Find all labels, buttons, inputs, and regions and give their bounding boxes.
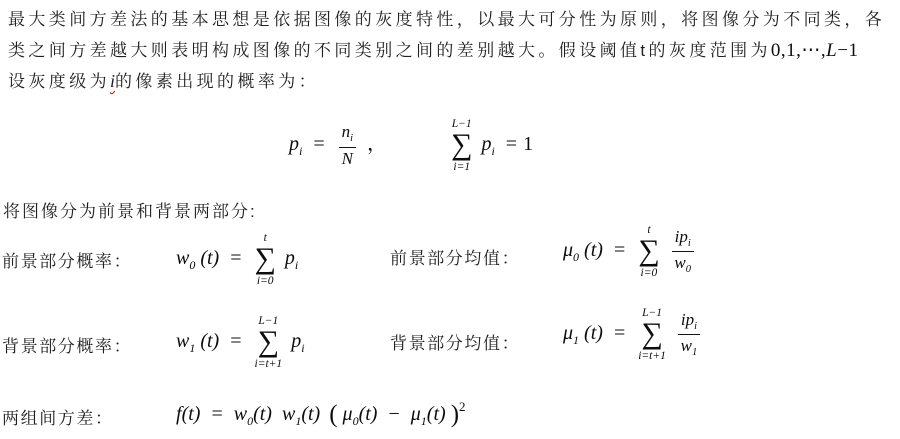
sub-i: i: [491, 144, 494, 158]
sub-1: 1: [692, 347, 697, 358]
foreground-probability-label: 前景部分概率：: [2, 247, 132, 272]
summation: L−1∑i=t+1: [638, 306, 666, 363]
var-mu: μ: [343, 403, 353, 425]
gray-range-expression: 0,1,⋯,L−1: [771, 40, 859, 61]
summation: t∑i=0: [638, 223, 659, 280]
var-w: w: [674, 253, 685, 272]
var-p: p: [481, 133, 491, 155]
paragraph-line-1: 最大类间方差法的基本思想是依据图像的灰度特性，以最大可分性为原则，将图像分为不同…: [8, 4, 896, 35]
sigma-symbol: ∑: [451, 131, 472, 160]
paragraph-line-2: 类之间方差越大则表明构成图像的不同类别之间的差别越大。假设阈值t的灰度范围为0,…: [8, 35, 896, 66]
sub-i: i: [301, 341, 304, 355]
arg-t: (t): [301, 403, 320, 425]
sub-0: 0: [189, 258, 195, 272]
sub-1: 1: [573, 333, 579, 347]
exponent-2: 2: [459, 399, 466, 414]
sum-lower-limit: i=0: [641, 266, 658, 280]
range-digits: 0,1,⋯,: [771, 40, 826, 61]
sigma-symbol: ∑: [641, 320, 662, 349]
foreground-mean-label: 前景部分均值：: [390, 244, 520, 269]
fraction-numerator: ipi: [678, 310, 700, 336]
equals-sign: =: [211, 403, 222, 425]
sub-i: i: [350, 133, 353, 144]
sub-i: i: [299, 144, 302, 158]
background-probability-label: 背景部分概率：: [2, 332, 132, 357]
summation: L−1∑i=1: [451, 117, 472, 174]
summation: t∑i=0: [255, 231, 276, 288]
equals-sign: =: [230, 330, 241, 352]
sum-lower-limit: i=t+1: [638, 349, 666, 363]
value-one: 1: [523, 133, 533, 155]
arg-t: (t): [182, 403, 201, 425]
paragraph-line-1-text: 最大类间方差法的基本思想是依据图像的灰度特性，以最大可分性为原则，将图像分为不同…: [8, 10, 885, 29]
equals-sign: =: [230, 247, 241, 269]
paragraph-line-3: 设灰度级为i的像素出现的概率为：: [8, 66, 896, 97]
document-page: 最大类间方差法的基本思想是依据图像的灰度特性，以最大可分性为原则，将图像分为不同…: [0, 0, 900, 439]
minus-sign: −: [388, 403, 399, 425]
summation: L−1∑i=t+1: [255, 314, 283, 371]
var-p: p: [285, 247, 295, 269]
fraction-denominator: w0: [674, 252, 691, 277]
var-ip: ip: [675, 227, 688, 246]
sub-1: 1: [189, 341, 195, 355]
fraction-numerator: ni: [339, 122, 356, 148]
paragraph-line-3-pre: 设灰度级为: [8, 72, 110, 91]
equals-sign: =: [614, 322, 625, 344]
formula-w0: w0 (t) = t∑i=0 pi: [176, 231, 298, 288]
fraction-denominator: w1: [681, 335, 698, 360]
arg-t: (t): [427, 403, 446, 425]
sigma-symbol: ∑: [258, 328, 279, 357]
fraction-denominator: N: [342, 148, 353, 169]
fraction-numerator: ipi: [672, 227, 694, 253]
var-w: w: [282, 403, 295, 425]
var-p: p: [291, 330, 301, 352]
split-sentence: 将图像分为前景和背景两部分:: [3, 197, 257, 222]
arg-t: (t): [200, 330, 219, 352]
formula-pixel-probability: pi = niN ， L−1∑i=1 pi =1: [289, 117, 533, 174]
formula-mu1: μ1 (t) = L−1∑i=t+1 ipiw1: [563, 306, 703, 363]
close-paren: ): [451, 401, 459, 428]
equals-sign: =: [506, 133, 517, 155]
sum-lower-limit: i=t+1: [255, 357, 283, 371]
sigma-symbol: ∑: [638, 237, 659, 266]
formula-mu0: μ0 (t) = t∑i=0 ipiw0: [563, 223, 697, 280]
var-p: p: [289, 133, 299, 155]
fraction-ni-over-N: niN: [339, 122, 356, 169]
sigma-symbol: ∑: [255, 245, 276, 274]
equals-sign: =: [614, 239, 625, 261]
sub-i: i: [688, 238, 691, 249]
var-n: n: [342, 122, 351, 141]
comma: ，: [367, 133, 387, 155]
arg-t: (t): [584, 322, 603, 344]
sub-0: 0: [573, 250, 579, 264]
paragraph-line-2-text: 类之间方差越大则表明构成图像的不同类别之间的差别越大。假设阈值t的灰度范围为: [8, 41, 771, 60]
equals-sign: =: [313, 133, 324, 155]
arg-t: (t): [253, 403, 272, 425]
arg-t: (t): [200, 247, 219, 269]
var-mu: μ: [563, 322, 573, 344]
formula-between-class-variance: f(t) = w0(t) w1(t) ( μ0(t) − μ1(t) )2: [176, 399, 466, 429]
var-w: w: [176, 247, 189, 269]
var-mu: μ: [563, 239, 573, 261]
variance-label: 两组间方差：: [2, 404, 114, 429]
var-w: w: [234, 403, 247, 425]
sum-lower-limit: i=0: [257, 274, 274, 288]
sum-lower-limit: i=1: [453, 160, 470, 174]
formula-w1: w1 (t) = L−1∑i=t+1 pi: [176, 314, 305, 371]
var-mu: μ: [411, 403, 421, 425]
arg-t: (t): [584, 239, 603, 261]
arg-t: (t): [359, 403, 378, 425]
sub-i: i: [694, 321, 697, 332]
range-minus-one: −1: [837, 40, 858, 61]
background-mean-label: 背景部分均值：: [390, 329, 520, 354]
fraction-ipi-over-w1: ipiw1: [678, 310, 700, 360]
sub-i: i: [295, 258, 298, 272]
sub-0: 0: [686, 264, 691, 275]
var-ip: ip: [681, 310, 694, 329]
intro-paragraph: 最大类间方差法的基本思想是依据图像的灰度特性，以最大可分性为原则，将图像分为不同…: [8, 4, 896, 97]
range-L: L: [826, 40, 837, 61]
var-w: w: [681, 336, 692, 355]
var-w: w: [176, 330, 189, 352]
fraction-ipi-over-w0: ipiw0: [672, 227, 694, 277]
paragraph-line-3-post: 的像素出现的概率为：: [115, 72, 319, 91]
open-paren: (: [329, 401, 337, 428]
